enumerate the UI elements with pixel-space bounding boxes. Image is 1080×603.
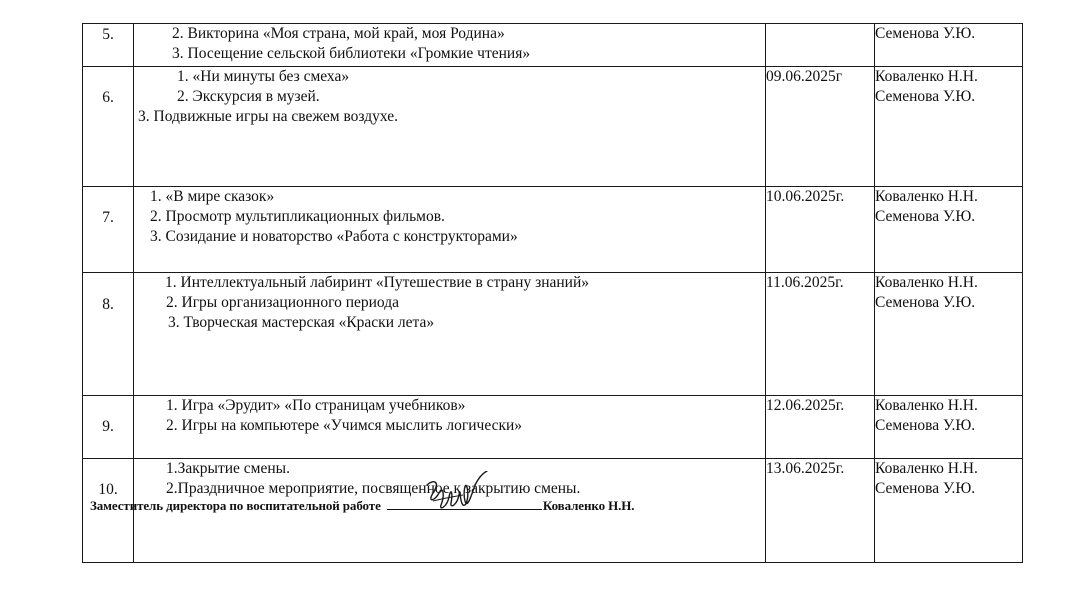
activities-cell: 2. Викторина «Моя страна, мой край, моя … xyxy=(134,24,766,67)
date-cell: 10.06.2025г. xyxy=(766,187,875,273)
responsible-person: Коваленко Н.Н. xyxy=(875,273,1022,293)
activities-cell: 1. «В мире сказок» 2. Просмотр мультипли… xyxy=(134,187,766,273)
date-cell: 13.06.2025г. xyxy=(766,459,875,563)
responsible-person: Коваленко Н.Н. xyxy=(875,396,1022,416)
activity-item: 1. «Ни минуты без смеха» xyxy=(134,67,765,87)
activities-cell: 1. Игра «Эрудит» «По страницам учебников… xyxy=(134,396,766,459)
table-row: 9. 1. Игра «Эрудит» «По страницам учебни… xyxy=(83,396,1023,459)
responsible-cell: Коваленко Н.Н. Семенова У.Ю. xyxy=(875,459,1023,563)
responsible-person: Семенова У.Ю. xyxy=(875,293,1022,313)
row-number: 6. xyxy=(83,67,134,187)
row-number-text: 6. xyxy=(102,88,114,108)
responsible-person: Коваленко Н.Н. xyxy=(875,187,1022,207)
document-page: 5. 2. Викторина «Моя страна, мой край, м… xyxy=(0,0,1080,603)
responsible-person: Семенова У.Ю. xyxy=(875,87,1022,107)
row-number-text: 9. xyxy=(102,417,114,437)
activity-item: 1. «В мире сказок» xyxy=(134,187,765,207)
activity-item: 3. Творческая мастерская «Краски лета» xyxy=(134,313,765,333)
responsible-person: Коваленко Н.Н. xyxy=(875,459,1022,479)
date-cell: 09.06.2025г xyxy=(766,67,875,187)
activity-item: 3. Подвижные игры на свежем воздухе. xyxy=(134,107,765,127)
row-number-text: 5. xyxy=(102,25,114,45)
responsible-person: Коваленко Н.Н. xyxy=(875,67,1022,87)
signer-name: Коваленко Н.Н. xyxy=(543,498,635,513)
row-number-text: 8. xyxy=(102,295,114,315)
table-row: 5. 2. Викторина «Моя страна, мой край, м… xyxy=(83,24,1023,67)
responsible-cell: Коваленко Н.Н. Семенова У.Ю. xyxy=(875,273,1023,396)
activity-item: 3. Созидание и новаторство «Работа с кон… xyxy=(134,227,765,247)
activity-item: 2. Экскурсия в музей. xyxy=(134,87,765,107)
signer-position: Заместитель директора по воспитательной … xyxy=(90,498,381,513)
table-row: 7. 1. «В мире сказок» 2. Просмотр мульти… xyxy=(83,187,1023,273)
activity-item: 1. Интеллектуальный лабиринт «Путешестви… xyxy=(134,273,765,293)
activity-item: 2. Игры организационного периода xyxy=(134,293,765,313)
activity-item: 2. Игры на компьютере «Учимся мыслить ло… xyxy=(134,416,765,436)
signature-block: Заместитель директора по воспитательной … xyxy=(90,497,634,514)
signature-icon xyxy=(419,471,489,515)
activities-cell: 1. Интеллектуальный лабиринт «Путешестви… xyxy=(134,273,766,396)
responsible-cell: Коваленко Н.Н. Семенова У.Ю. xyxy=(875,396,1023,459)
table-row: 6. 1. «Ни минуты без смеха» 2. Экскурсия… xyxy=(83,67,1023,187)
responsible-person: Семенова У.Ю. xyxy=(875,479,1022,499)
responsible-person: Семенова У.Ю. xyxy=(875,416,1022,436)
responsible-cell: Семенова У.Ю. xyxy=(875,24,1023,67)
responsible-cell: Коваленко Н.Н. Семенова У.Ю. xyxy=(875,187,1023,273)
responsible-person: Семенова У.Ю. xyxy=(875,24,1022,44)
row-number: 7. xyxy=(83,187,134,273)
activity-item: 2. Просмотр мультипликационных фильмов. xyxy=(134,207,765,227)
row-number: 5. xyxy=(83,24,134,67)
row-number: 9. xyxy=(83,396,134,459)
row-number-text: 7. xyxy=(102,208,114,228)
activity-item: 3. Посещение сельской библиотеки «Громки… xyxy=(134,44,765,64)
date-cell: 11.06.2025г. xyxy=(766,273,875,396)
responsible-person: Семенова У.Ю. xyxy=(875,207,1022,227)
row-number: 8. xyxy=(83,273,134,396)
date-cell: 12.06.2025г. xyxy=(766,396,875,459)
date-cell xyxy=(766,24,875,67)
responsible-cell: Коваленко Н.Н. Семенова У.Ю. xyxy=(875,67,1023,187)
activities-cell: 1. «Ни минуты без смеха» 2. Экскурсия в … xyxy=(134,67,766,187)
signature-line xyxy=(387,497,542,510)
activity-item: 1. Игра «Эрудит» «По страницам учебников… xyxy=(134,396,765,416)
activity-item: 2. Викторина «Моя страна, мой край, моя … xyxy=(134,24,765,44)
schedule-table: 5. 2. Викторина «Моя страна, мой край, м… xyxy=(82,23,1023,563)
table-row: 8. 1. Интеллектуальный лабиринт «Путешес… xyxy=(83,273,1023,396)
